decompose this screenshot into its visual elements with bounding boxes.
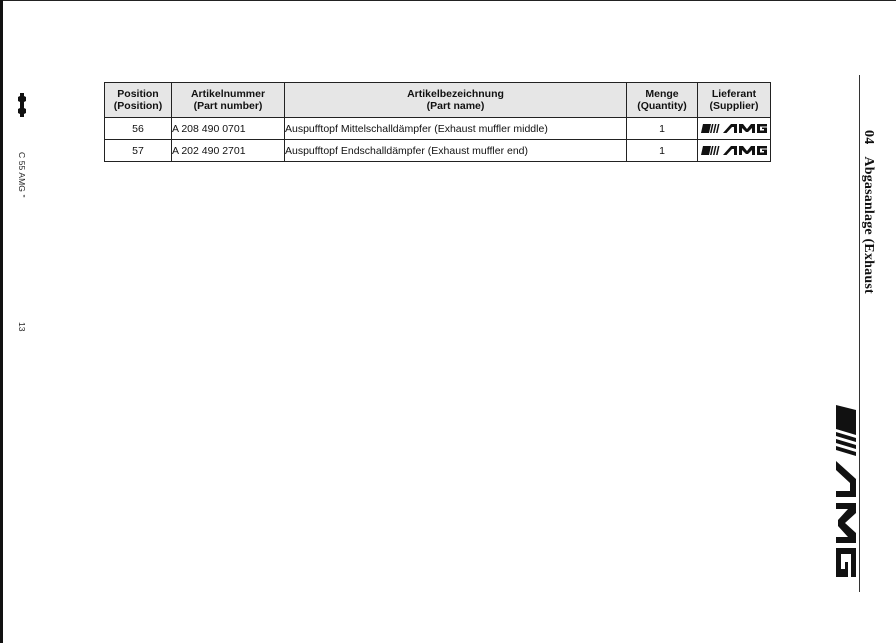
header-part-name: Artikelbezeichnung(Part name) (285, 83, 627, 118)
page-left-edge (0, 0, 3, 643)
cell-quantity: 1 (627, 140, 698, 162)
header-quantity: Menge(Quantity) (627, 83, 698, 118)
amg-large-logo-icon (836, 405, 856, 577)
cell-part-number: A 202 490 2701 (172, 140, 285, 162)
table-header-row: Position(Position) Artikelnummer(Part nu… (105, 83, 771, 118)
header-part-number: Artikelnummer(Part number) (172, 83, 285, 118)
parts-table: Position(Position) Artikelnummer(Part nu… (104, 82, 771, 162)
cell-quantity: 1 (627, 118, 698, 140)
section-title: Abgasanlage (Exhaust (861, 156, 876, 293)
cell-supplier (698, 118, 771, 140)
table-row: 57 A 202 490 2701 Auspufftopf Endschalld… (105, 140, 771, 162)
amg-logo-icon (701, 124, 767, 133)
model-label: C 55 AMG " (17, 152, 27, 198)
cell-part-name: Auspufftopf Endschalldämpfer (Exhaust mu… (285, 140, 627, 162)
table-row: 56 A 208 490 0701 Auspufftopf Mittelscha… (105, 118, 771, 140)
page-number: 13 (17, 322, 27, 331)
cell-position: 56 (105, 118, 172, 140)
header-supplier: Lieferant(Supplier) (698, 83, 771, 118)
cell-part-name: Auspufftopf Mittelschalldämpfer (Exhaust… (285, 118, 627, 140)
cell-supplier (698, 140, 771, 162)
cell-position: 57 (105, 140, 172, 162)
cell-part-number: A 208 490 0701 (172, 118, 285, 140)
header-position: Position(Position) (105, 83, 172, 118)
amg-logo-icon (701, 146, 767, 155)
section-heading: 04Abgasanlage (Exhaust (860, 130, 876, 294)
page-top-edge (0, 0, 896, 1)
section-number: 04 (861, 130, 876, 144)
car-silhouette-icon (17, 92, 27, 118)
